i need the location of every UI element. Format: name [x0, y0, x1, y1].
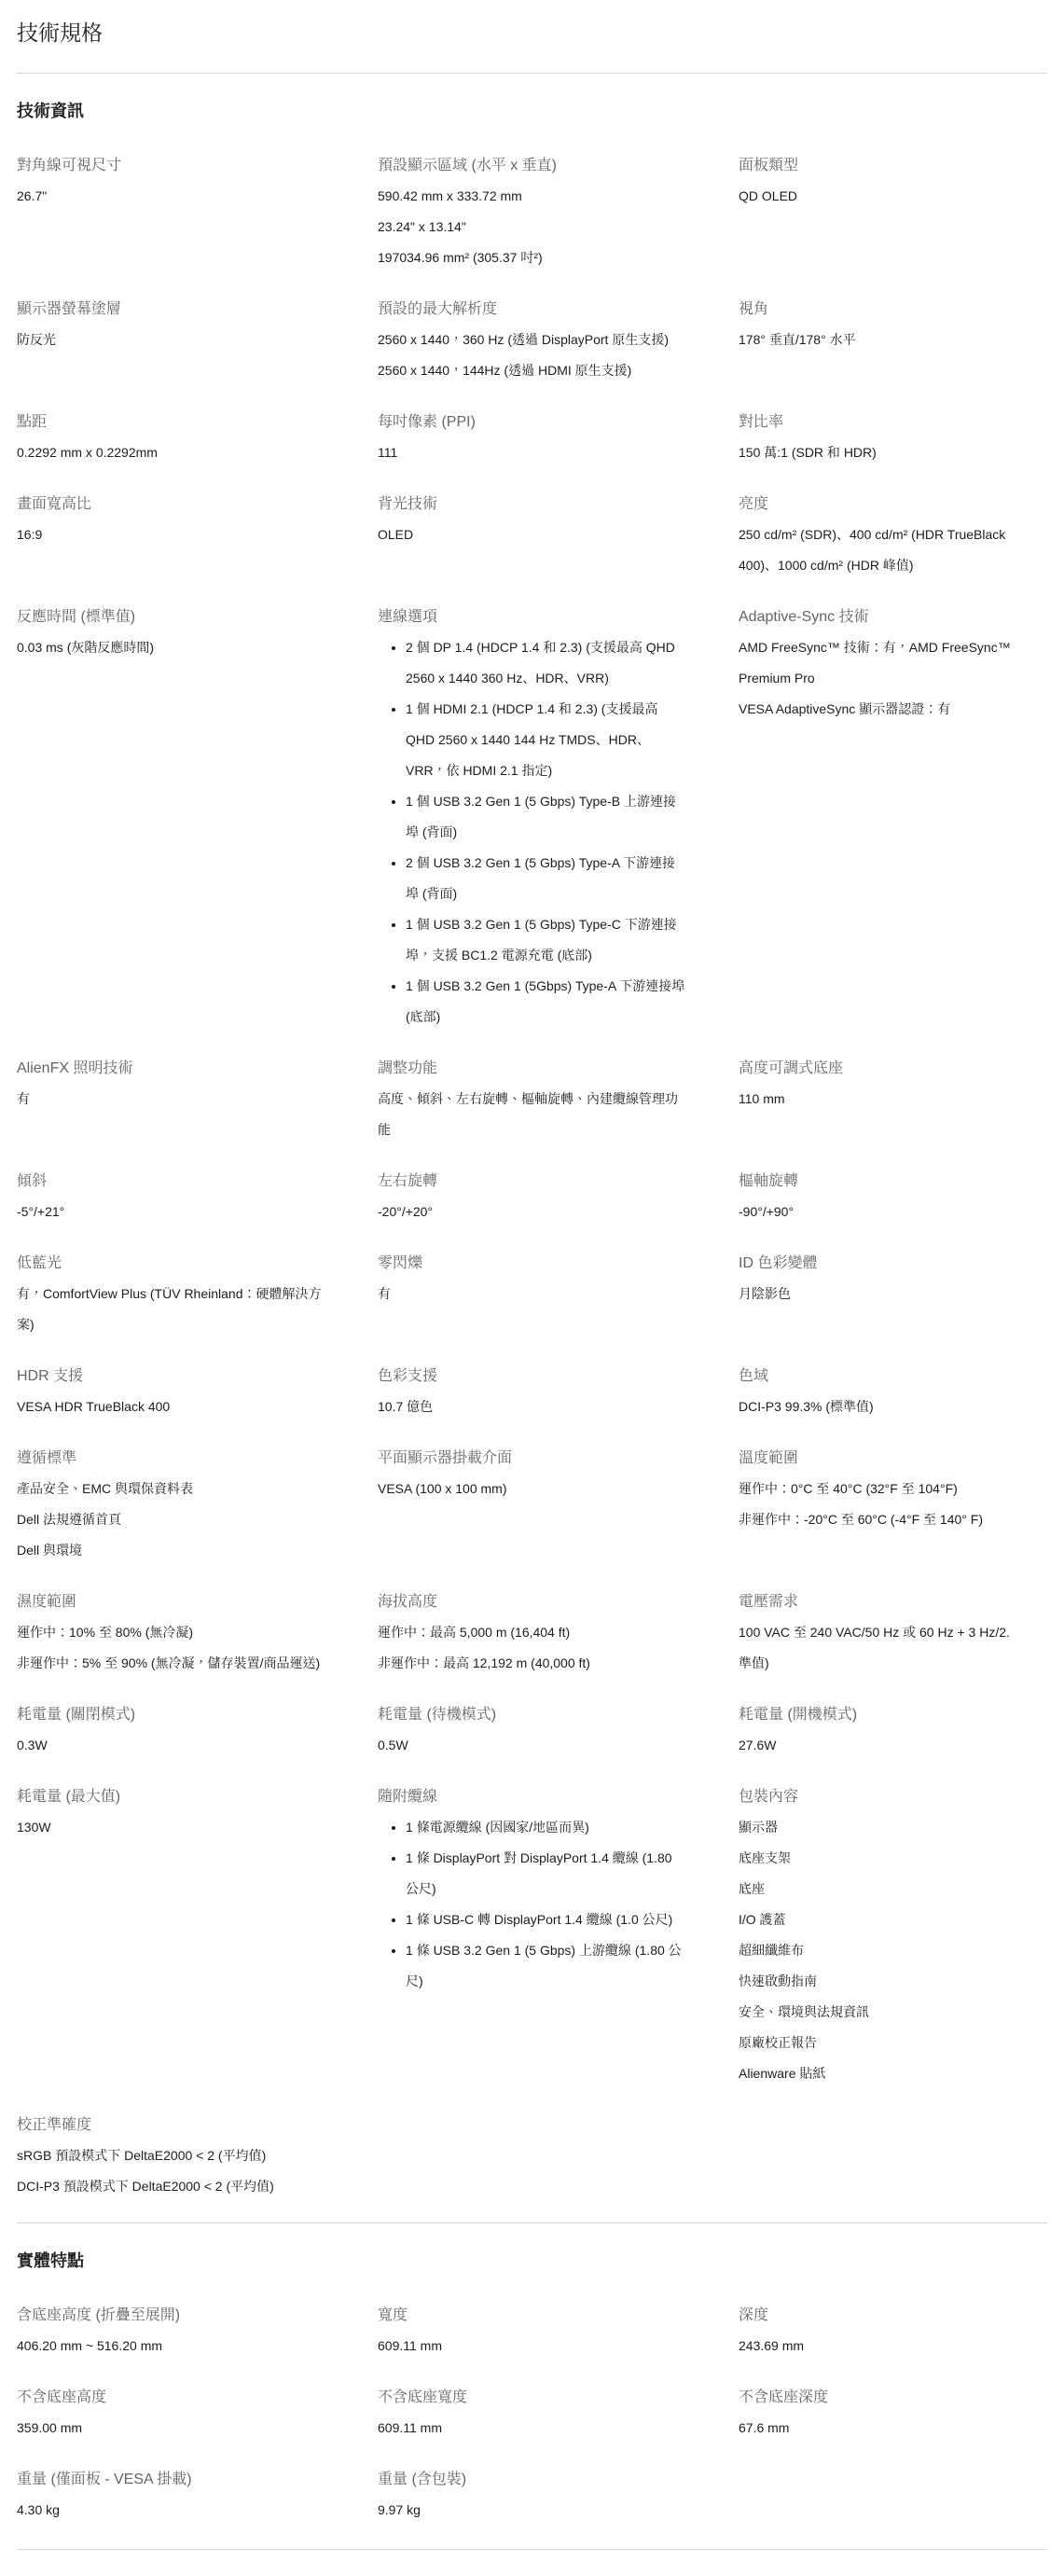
spec-row: 傾斜-5°/+21°左右旋轉-20°/+20°樞軸旋轉-90°/+90°	[17, 1166, 1047, 1227]
divider-top	[17, 73, 1047, 74]
spec-label: 點距	[17, 407, 325, 437]
spec-value: 9.97 kg	[378, 2495, 686, 2526]
spec-label: 溫度範圍	[739, 1443, 1047, 1474]
spec-item: 畫面寬高比16:9	[17, 489, 325, 550]
spec-value: 406.20 mm ~ 516.20 mm	[17, 2331, 325, 2361]
spec-label: 不含底座寬度	[378, 2382, 686, 2413]
spec-value: OLED	[378, 519, 686, 550]
spec-value-line: 快速啟動指南	[739, 1966, 1047, 1997]
spec-value-line: 0.2292 mm x 0.2292mm	[17, 437, 325, 468]
spec-item: 含底座高度 (折疊至展開)406.20 mm ~ 516.20 mm	[17, 2300, 325, 2361]
spec-value-line: 顯示器	[739, 1812, 1047, 1843]
spec-label: 亮度	[739, 489, 1047, 519]
spec-rows-technical-info: 對角線可視尺寸26.7"預設顯示區域 (水平 x 垂直)590.42 mm x …	[17, 150, 1047, 2202]
spec-label: 寬度	[378, 2300, 686, 2331]
spec-rows-physical-features: 含底座高度 (折疊至展開)406.20 mm ~ 516.20 mm寬度609.…	[17, 2300, 1047, 2526]
spec-value-line: OLED	[378, 519, 686, 550]
spec-value: 359.00 mm	[17, 2413, 325, 2444]
spec-page: 技術規格 技術資訊 對角線可視尺寸26.7"預設顯示區域 (水平 x 垂直)59…	[0, 0, 1064, 2569]
spec-row: HDR 支援VESA HDR TrueBlack 400色彩支援10.7 億色色…	[17, 1361, 1047, 1422]
spec-item: 點距0.2292 mm x 0.2292mm	[17, 407, 325, 468]
section-title-physical-features: 實體特點	[17, 2250, 1047, 2272]
compliance-link[interactable]: Dell 與環境	[17, 1535, 325, 1566]
spec-item: 樞軸旋轉-90°/+90°	[739, 1166, 1047, 1227]
spec-label: 預設的最大解析度	[378, 294, 686, 325]
spec-value-line: -90°/+90°	[739, 1197, 1047, 1227]
spec-value: 111	[378, 437, 686, 468]
spec-value: 4.30 kg	[17, 2495, 325, 2526]
spec-value: 0.03 ms (灰階反應時間)	[17, 632, 325, 663]
spec-item: 溫度範圍運作中：0°C 至 40°C (32°F 至 104°F)非運作中：-2…	[739, 1443, 1047, 1535]
spec-label: 面板類型	[739, 150, 1047, 181]
spec-value-line: 非運作中：最高 12,192 m (40,000 ft)	[378, 1648, 686, 1679]
spec-value: 0.5W	[378, 1730, 686, 1761]
spec-value: 609.11 mm	[378, 2331, 686, 2361]
spec-label: 低藍光	[17, 1248, 325, 1279]
spec-value: 運作中：0°C 至 40°C (32°F 至 104°F)非運作中：-20°C …	[739, 1474, 1047, 1535]
spec-value-line: 100 VAC 至 240 VAC/50 Hz 或 60 Hz + 3 Hz/2…	[739, 1617, 1047, 1648]
spec-item: 顯示器螢幕塗層防反光	[17, 294, 325, 355]
spec-label: Adaptive-Sync 技術	[739, 602, 1047, 632]
spec-value-line: 0.5W	[378, 1730, 686, 1761]
spec-value-line: 準值)	[739, 1648, 1047, 1679]
spec-item: 預設的最大解析度2560 x 1440，360 Hz (透過 DisplayPo…	[378, 294, 686, 386]
spec-value-line: 110 mm	[739, 1084, 1047, 1115]
spec-value: 高度、傾斜、左右旋轉、樞軸旋轉、內建纜線管理功能	[378, 1084, 686, 1145]
section-physical-features: 實體特點 含底座高度 (折疊至展開)406.20 mm ~ 516.20 mm寬…	[17, 2250, 1047, 2526]
spec-row: AlienFX 照明技術有調整功能高度、傾斜、左右旋轉、樞軸旋轉、內建纜線管理功…	[17, 1053, 1047, 1145]
spec-label: 高度可調式底座	[739, 1053, 1047, 1084]
spec-item: ID 色彩變體月陰影色	[739, 1248, 1047, 1309]
spec-value-line: DCI-P3 99.3% (標準值)	[739, 1392, 1047, 1422]
spec-item: 濕度範圍運作中：10% 至 80% (無冷凝)非運作中：5% 至 90% (無冷…	[17, 1586, 325, 1679]
spec-value-line: 4.30 kg	[17, 2495, 325, 2526]
spec-label: 顯示器螢幕塗層	[17, 294, 325, 325]
spec-value: DCI-P3 99.3% (標準值)	[739, 1392, 1047, 1422]
spec-item: 不含底座深度67.6 mm	[739, 2382, 1047, 2444]
spec-value-line: 0.03 ms (灰階反應時間)	[17, 632, 325, 663]
spec-value: 10.7 億色	[378, 1392, 686, 1422]
spec-value: -20°/+20°	[378, 1197, 686, 1227]
spec-value-line: 359.00 mm	[17, 2413, 325, 2444]
spec-value-line: 0.3W	[17, 1730, 325, 1761]
spec-label: ID 色彩變體	[739, 1248, 1047, 1279]
spec-value-line: 2560 x 1440，144Hz (透過 HDMI 原生支援)	[378, 355, 686, 386]
spec-label: 包裝內容	[739, 1781, 1047, 1812]
spec-item: 重量 (僅面板 - VESA 掛載)4.30 kg	[17, 2464, 325, 2526]
spec-value: 100 VAC 至 240 VAC/50 Hz 或 60 Hz + 3 Hz/2…	[739, 1617, 1047, 1679]
spec-value: 運作中：最高 5,000 m (16,404 ft)非運作中：最高 12,192…	[378, 1617, 686, 1679]
spec-value-line: 底座	[739, 1874, 1047, 1904]
spec-item: 視角178° 垂直/178° 水平	[739, 294, 1047, 355]
spec-item: 海拔高度運作中：最高 5,000 m (16,404 ft)非運作中：最高 12…	[378, 1586, 686, 1679]
spec-label: 重量 (含包裝)	[378, 2464, 686, 2495]
spec-row: 不含底座高度359.00 mm不含底座寬度609.11 mm不含底座深度67.6…	[17, 2382, 1047, 2444]
spec-label: 含底座高度 (折疊至展開)	[17, 2300, 325, 2331]
spec-row: 校正準確度sRGB 預設模式下 DeltaE2000 < 2 (平均值)DCI-…	[17, 2110, 1047, 2202]
spec-value: 月陰影色	[739, 1279, 1047, 1309]
spec-value-line: AMD FreeSync™ 技術：有，AMD FreeSync™ Premium…	[739, 632, 1047, 694]
spec-value: 0.3W	[17, 1730, 325, 1761]
spec-item: 寬度609.11 mm	[378, 2300, 686, 2361]
spec-label: 不含底座高度	[17, 2382, 325, 2413]
spec-value: 26.7"	[17, 181, 325, 212]
spec-value-line: -5°/+21°	[17, 1197, 325, 1227]
spec-label: 遵循標準	[17, 1443, 325, 1474]
spec-item: 耗電量 (最大值)130W	[17, 1781, 325, 1843]
spec-item: 遵循標準產品安全、EMC 與環保資料表Dell 法規遵循首頁Dell 與環境	[17, 1443, 325, 1566]
spec-item: 零閃爍有	[378, 1248, 686, 1309]
spec-item: 不含底座高度359.00 mm	[17, 2382, 325, 2444]
spec-value-line: 150 萬:1 (SDR 和 HDR)	[739, 437, 1047, 468]
spec-value-line: 運作中：最高 5,000 m (16,404 ft)	[378, 1617, 686, 1648]
spec-item: 色彩支援10.7 億色	[378, 1361, 686, 1422]
spec-row: 反應時間 (標準值)0.03 ms (灰階反應時間)連線選項2 個 DP 1.4…	[17, 602, 1047, 1032]
spec-item: 每吋像素 (PPI)111	[378, 407, 686, 468]
spec-item: 預設顯示區域 (水平 x 垂直)590.42 mm x 333.72 mm23.…	[378, 150, 686, 273]
spec-label: 左右旋轉	[378, 1166, 686, 1197]
spec-item: Adaptive-Sync 技術AMD FreeSync™ 技術：有，AMD F…	[739, 602, 1047, 725]
spec-item: 不含底座寬度609.11 mm	[378, 2382, 686, 2444]
spec-value-line: 運作中：0°C 至 40°C (32°F 至 104°F)	[739, 1474, 1047, 1504]
spec-label: 耗電量 (開機模式)	[739, 1699, 1047, 1730]
spec-label: 深度	[739, 2300, 1047, 2331]
spec-value-line: 非運作中：5% 至 90% (無冷凝，儲存裝置/商品運送)	[17, 1648, 325, 1679]
spec-row: 對角線可視尺寸26.7"預設顯示區域 (水平 x 垂直)590.42 mm x …	[17, 150, 1047, 273]
spec-item: 校正準確度sRGB 預設模式下 DeltaE2000 < 2 (平均值)DCI-…	[17, 2110, 325, 2202]
spec-value: 243.69 mm	[739, 2331, 1047, 2361]
spec-value-line: 超細纖維布	[739, 1935, 1047, 1966]
spec-value-line: 27.6W	[739, 1730, 1047, 1761]
spec-value-line: Alienware 貼紙	[739, 2058, 1047, 2089]
spec-value-line: 有	[378, 1279, 686, 1309]
spec-row: 耗電量 (關閉模式)0.3W耗電量 (待機模式)0.5W耗電量 (開機模式)27…	[17, 1699, 1047, 1761]
spec-row: 遵循標準產品安全、EMC 與環保資料表Dell 法規遵循首頁Dell 與環境平面…	[17, 1443, 1047, 1566]
spec-bullet-item: 1 條電源纜線 (因國家/地區而異)	[406, 1812, 686, 1843]
spec-item: AlienFX 照明技術有	[17, 1053, 325, 1115]
spec-value: -5°/+21°	[17, 1197, 325, 1227]
spec-item: 對角線可視尺寸26.7"	[17, 150, 325, 212]
spec-value: 110 mm	[739, 1084, 1047, 1115]
spec-label: 耗電量 (待機模式)	[378, 1699, 686, 1730]
spec-value-line: 月陰影色	[739, 1279, 1047, 1309]
spec-label: 傾斜	[17, 1166, 325, 1197]
spec-bullet-item: 2 個 DP 1.4 (HDCP 1.4 和 2.3) (支援最高 QHD 25…	[406, 632, 686, 694]
spec-value: 防反光	[17, 325, 325, 355]
divider-bottom	[17, 2549, 1047, 2550]
section-title-technical-info: 技術資訊	[17, 100, 1047, 122]
spec-label: 隨附纜線	[378, 1781, 686, 1812]
spec-item: 電壓需求100 VAC 至 240 VAC/50 Hz 或 60 Hz + 3 …	[739, 1586, 1047, 1679]
spec-value-line: DCI-P3 預設模式下 DeltaE2000 < 2 (平均值)	[17, 2171, 325, 2202]
spec-value: VESA HDR TrueBlack 400	[17, 1392, 325, 1422]
spec-item: 耗電量 (開機模式)27.6W	[739, 1699, 1047, 1761]
spec-value-line: -20°/+20°	[378, 1197, 686, 1227]
spec-bullet-item: 2 個 USB 3.2 Gen 1 (5 Gbps) Type-A 下游連接埠 …	[406, 848, 686, 909]
spec-label: 畫面寬高比	[17, 489, 325, 519]
spec-value-line: VESA AdaptiveSync 顯示器認證：有	[739, 694, 1047, 725]
spec-label: 每吋像素 (PPI)	[378, 407, 686, 437]
spec-value-line: 406.20 mm ~ 516.20 mm	[17, 2331, 325, 2361]
spec-label: 耗電量 (關閉模式)	[17, 1699, 325, 1730]
spec-label: 電壓需求	[739, 1586, 1047, 1617]
spec-label: 對角線可視尺寸	[17, 150, 325, 181]
spec-item: 調整功能高度、傾斜、左右旋轉、樞軸旋轉、內建纜線管理功能	[378, 1053, 686, 1145]
spec-label: 背光技術	[378, 489, 686, 519]
spec-value-line: 原廠校正報告	[739, 2028, 1047, 2058]
spec-value-line: 安全、環境與法規資訊	[739, 1997, 1047, 2028]
spec-value-line: 非運作中：-20°C 至 60°C (-4°F 至 140° F)	[739, 1504, 1047, 1535]
spec-value: -90°/+90°	[739, 1197, 1047, 1227]
compliance-link[interactable]: Dell 法規遵循首頁	[17, 1504, 325, 1535]
spec-item: 連線選項2 個 DP 1.4 (HDCP 1.4 和 2.3) (支援最高 QH…	[378, 602, 686, 1032]
spec-value-line: QD OLED	[739, 181, 1047, 212]
spec-value-line: 67.6 mm	[739, 2413, 1047, 2444]
spec-value: VESA (100 x 100 mm)	[378, 1474, 686, 1504]
spec-row: 顯示器螢幕塗層防反光預設的最大解析度2560 x 1440，360 Hz (透過…	[17, 294, 1047, 386]
spec-bullet-item: 1 個 USB 3.2 Gen 1 (5 Gbps) Type-C 下游連接埠，…	[406, 909, 686, 971]
spec-row: 低藍光有，ComfortView Plus (TÜV Rheinland：硬體解…	[17, 1248, 1047, 1340]
spec-item: 左右旋轉-20°/+20°	[378, 1166, 686, 1227]
spec-value-line: 111	[378, 437, 686, 468]
spec-label: 反應時間 (標準值)	[17, 602, 325, 632]
spec-item: 深度243.69 mm	[739, 2300, 1047, 2361]
spec-bullet-list: 1 條電源纜線 (因國家/地區而異)1 條 DisplayPort 對 Disp…	[378, 1812, 686, 1997]
spec-value-line: 高度、傾斜、左右旋轉、樞軸旋轉、內建纜線管理功能	[378, 1084, 686, 1145]
spec-item: 亮度250 cd/m² (SDR)、400 cd/m² (HDR TrueBla…	[739, 489, 1047, 581]
spec-value-line: I/O 護蓋	[739, 1904, 1047, 1935]
spec-value: 16:9	[17, 519, 325, 550]
spec-label: 視角	[739, 294, 1047, 325]
spec-row: 畫面寬高比16:9背光技術OLED亮度250 cd/m² (SDR)、400 c…	[17, 489, 1047, 581]
spec-value-line: 防反光	[17, 325, 325, 355]
spec-value-line: 590.42 mm x 333.72 mm	[378, 181, 686, 212]
spec-value: 顯示器底座支架底座I/O 護蓋超細纖維布快速啟動指南安全、環境與法規資訊原廠校正…	[739, 1812, 1047, 2089]
spec-item: 傾斜-5°/+21°	[17, 1166, 325, 1227]
spec-label: 平面顯示器掛載介面	[378, 1443, 686, 1474]
spec-value-line: 197034.96 mm² (305.37 吋²)	[378, 242, 686, 273]
spec-label: 重量 (僅面板 - VESA 掛載)	[17, 2464, 325, 2495]
spec-label: 預設顯示區域 (水平 x 垂直)	[378, 150, 686, 181]
page-title: 技術規格	[17, 19, 1047, 47]
spec-row: 含底座高度 (折疊至展開)406.20 mm ~ 516.20 mm寬度609.…	[17, 2300, 1047, 2361]
spec-item: 耗電量 (關閉模式)0.3W	[17, 1699, 325, 1761]
spec-bullet-item: 1 條 USB 3.2 Gen 1 (5 Gbps) 上游纜線 (1.80 公尺…	[406, 1935, 686, 1997]
spec-value-line: 130W	[17, 1812, 325, 1843]
spec-label: 對比率	[739, 407, 1047, 437]
spec-value-line: 23.24" x 13.14"	[378, 212, 686, 242]
section-technical-info: 技術資訊 對角線可視尺寸26.7"預設顯示區域 (水平 x 垂直)590.42 …	[17, 100, 1047, 2202]
spec-item: 低藍光有，ComfortView Plus (TÜV Rheinland：硬體解…	[17, 1248, 325, 1340]
spec-label: 耗電量 (最大值)	[17, 1781, 325, 1812]
spec-value: 609.11 mm	[378, 2413, 686, 2444]
spec-item: 耗電量 (待機模式)0.5W	[378, 1699, 686, 1761]
spec-value-line: 有	[17, 1084, 325, 1115]
spec-value-line: 2560 x 1440，360 Hz (透過 DisplayPort 原生支援)	[378, 325, 686, 355]
spec-item: 對比率150 萬:1 (SDR 和 HDR)	[739, 407, 1047, 468]
spec-row: 點距0.2292 mm x 0.2292mm每吋像素 (PPI)111對比率15…	[17, 407, 1047, 468]
spec-bullet-item: 1 個 USB 3.2 Gen 1 (5Gbps) Type-A 下游連接埠 (…	[406, 971, 686, 1032]
spec-bullet-item: 1 個 HDMI 2.1 (HDCP 1.4 和 2.3) (支援最高 QHD …	[406, 694, 686, 786]
spec-value-line: 16:9	[17, 519, 325, 550]
spec-value: 運作中：10% 至 80% (無冷凝)非運作中：5% 至 90% (無冷凝，儲存…	[17, 1617, 325, 1679]
divider-section	[17, 2223, 1047, 2223]
spec-item: 重量 (含包裝)9.97 kg	[378, 2464, 686, 2526]
spec-item: 高度可調式底座110 mm	[739, 1053, 1047, 1115]
spec-item: 反應時間 (標準值)0.03 ms (灰階反應時間)	[17, 602, 325, 663]
spec-item: 色域DCI-P3 99.3% (標準值)	[739, 1361, 1047, 1422]
spec-value-line: 250 cd/m² (SDR)、400 cd/m² (HDR TrueBlack…	[739, 519, 1047, 581]
spec-value: sRGB 預設模式下 DeltaE2000 < 2 (平均值)DCI-P3 預設…	[17, 2140, 325, 2202]
spec-value: 產品安全、EMC 與環保資料表Dell 法規遵循首頁Dell 與環境	[17, 1474, 325, 1566]
spec-item: 平面顯示器掛載介面VESA (100 x 100 mm)	[378, 1443, 686, 1504]
spec-bullet-item: 1 條 DisplayPort 對 DisplayPort 1.4 纜線 (1.…	[406, 1843, 686, 1904]
spec-value: 0.2292 mm x 0.2292mm	[17, 437, 325, 468]
spec-label: 海拔高度	[378, 1586, 686, 1617]
spec-label: 色彩支援	[378, 1361, 686, 1392]
spec-value-line: 609.11 mm	[378, 2331, 686, 2361]
spec-value: 590.42 mm x 333.72 mm23.24" x 13.14"1970…	[378, 181, 686, 273]
spec-item: 隨附纜線1 條電源纜線 (因國家/地區而異)1 條 DisplayPort 對 …	[378, 1781, 686, 1997]
spec-row: 重量 (僅面板 - VESA 掛載)4.30 kg重量 (含包裝)9.97 kg	[17, 2464, 1047, 2526]
spec-label: 校正準確度	[17, 2110, 325, 2140]
spec-label: AlienFX 照明技術	[17, 1053, 325, 1084]
spec-label: HDR 支援	[17, 1361, 325, 1392]
spec-label: 連線選項	[378, 602, 686, 632]
spec-value-line: 有，ComfortView Plus (TÜV Rheinland：硬體解決方案…	[17, 1279, 325, 1340]
spec-value: 有，ComfortView Plus (TÜV Rheinland：硬體解決方案…	[17, 1279, 325, 1340]
spec-value: 2560 x 1440，360 Hz (透過 DisplayPort 原生支援)…	[378, 325, 686, 386]
spec-value-line: 10.7 億色	[378, 1392, 686, 1422]
spec-label: 濕度範圍	[17, 1586, 325, 1617]
spec-value-line: 609.11 mm	[378, 2413, 686, 2444]
spec-label: 樞軸旋轉	[739, 1166, 1047, 1197]
spec-value: 178° 垂直/178° 水平	[739, 325, 1047, 355]
spec-label: 色域	[739, 1361, 1047, 1392]
spec-item: 包裝內容顯示器底座支架底座I/O 護蓋超細纖維布快速啟動指南安全、環境與法規資訊…	[739, 1781, 1047, 2089]
spec-value: 130W	[17, 1812, 325, 1843]
spec-value: 250 cd/m² (SDR)、400 cd/m² (HDR TrueBlack…	[739, 519, 1047, 581]
spec-value: 67.6 mm	[739, 2413, 1047, 2444]
spec-value-line: 9.97 kg	[378, 2495, 686, 2526]
spec-value-line: 底座支架	[739, 1843, 1047, 1874]
spec-value: 有	[17, 1084, 325, 1115]
spec-value-line: 178° 垂直/178° 水平	[739, 325, 1047, 355]
spec-item: HDR 支援VESA HDR TrueBlack 400	[17, 1361, 325, 1422]
spec-value-line: VESA HDR TrueBlack 400	[17, 1392, 325, 1422]
spec-bullet-item: 1 條 USB-C 轉 DisplayPort 1.4 纜線 (1.0 公尺)	[406, 1904, 686, 1935]
spec-value-line: VESA (100 x 100 mm)	[378, 1474, 686, 1504]
spec-value-line: 26.7"	[17, 181, 325, 212]
spec-value: AMD FreeSync™ 技術：有，AMD FreeSync™ Premium…	[739, 632, 1047, 725]
spec-value-line: 243.69 mm	[739, 2331, 1047, 2361]
spec-item: 面板類型QD OLED	[739, 150, 1047, 212]
spec-value: 150 萬:1 (SDR 和 HDR)	[739, 437, 1047, 468]
spec-label: 零閃爍	[378, 1248, 686, 1279]
spec-value: 27.6W	[739, 1730, 1047, 1761]
spec-bullet-item: 1 個 USB 3.2 Gen 1 (5 Gbps) Type-B 上游連接埠 …	[406, 786, 686, 848]
spec-row: 濕度範圍運作中：10% 至 80% (無冷凝)非運作中：5% 至 90% (無冷…	[17, 1586, 1047, 1679]
spec-value-line: sRGB 預設模式下 DeltaE2000 < 2 (平均值)	[17, 2140, 325, 2171]
spec-value: QD OLED	[739, 181, 1047, 212]
spec-label: 調整功能	[378, 1053, 686, 1084]
spec-row: 耗電量 (最大值)130W隨附纜線1 條電源纜線 (因國家/地區而異)1 條 D…	[17, 1781, 1047, 2089]
spec-item: 背光技術OLED	[378, 489, 686, 550]
spec-label: 不含底座深度	[739, 2382, 1047, 2413]
spec-value-line: 運作中：10% 至 80% (無冷凝)	[17, 1617, 325, 1648]
compliance-link[interactable]: 產品安全、EMC 與環保資料表	[17, 1474, 325, 1504]
spec-value: 有	[378, 1279, 686, 1309]
spec-bullet-list: 2 個 DP 1.4 (HDCP 1.4 和 2.3) (支援最高 QHD 25…	[378, 632, 686, 1032]
